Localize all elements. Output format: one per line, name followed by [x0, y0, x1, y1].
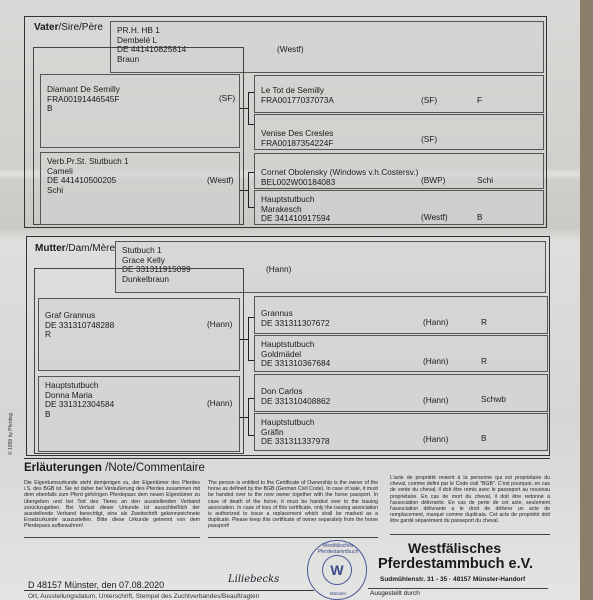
notes-english: The person is entitled to the Certificat…	[208, 480, 378, 530]
w-logo-icon: W	[322, 555, 352, 585]
sire-ggd1-box: Venise Des Cresles FRA00187354224F (SF)	[254, 114, 544, 150]
dam-grandsire-box: Graf Grannus DE 331310748288 R (Hann)	[38, 298, 240, 371]
dam-ggs1-box: Grannus DE 331311307672 (Hann) R	[254, 296, 548, 334]
sire-ggs1-box: Le Tot de Semilly FRA00177037073A (SF) F	[254, 75, 544, 113]
dam-granddam-box: Hauptstutbuch Donna Maria DE 33131230458…	[38, 376, 240, 452]
association-stamp: Westfälisches Pferdestammbuch W Münster	[307, 540, 367, 600]
issued-by-label: Ausgestellt durch	[370, 590, 420, 597]
dam-section-label: Mutter/Dam/Mère	[35, 243, 115, 254]
org-name-line2: Pferdestammbuch e.V.	[378, 556, 533, 572]
dam-ggd2-box: Hauptstutbuch Gräfin DE 331311337978 (Ha…	[254, 413, 548, 451]
copyright-notice: © 1999 by Pferdeg	[8, 413, 14, 455]
org-name-line1: Westfälisches	[408, 540, 501, 556]
place-date: D 48157 Münster, den 07.08.2020	[28, 580, 164, 590]
signature-caption: Ort, Ausstellungsdatum, Unterschrift, St…	[28, 593, 259, 600]
org-address: Sudmühlenstr. 31 - 35 · 48157 Münster-Ha…	[380, 576, 525, 583]
sire-ggs2-box: Cornet Obolensky (Windows v.h.Costersv.)…	[254, 153, 544, 189]
signature: Liliebecks	[228, 574, 279, 585]
dam-ggs2-box: Don Carlos DE 331310408862 (Hann) Schwb	[254, 374, 548, 412]
notes-title: Erläuterungen /Note/Commentaire	[24, 462, 205, 474]
dam-ggd1-box: Hauptstutbuch Goldmädel DE 331310367684 …	[254, 335, 548, 372]
sire-ggd2-box: Hauptstutbuch Marakesch DE 341410917594 …	[254, 190, 544, 225]
sire-granddam-box: Verb.Pr.St. Stutbuch 1 Cameli DE 4414105…	[40, 152, 240, 225]
notes-german: Die Eigentumsurkunde steht demjenigen zu…	[24, 480, 200, 530]
sire-section-label: Vater/Sire/Père	[34, 22, 103, 33]
sire-grandsire-box: Diamant De Semilly FRA00191446545F B (SF…	[40, 74, 240, 148]
notes-french: L'acte de propriété revient à la personn…	[390, 475, 550, 525]
